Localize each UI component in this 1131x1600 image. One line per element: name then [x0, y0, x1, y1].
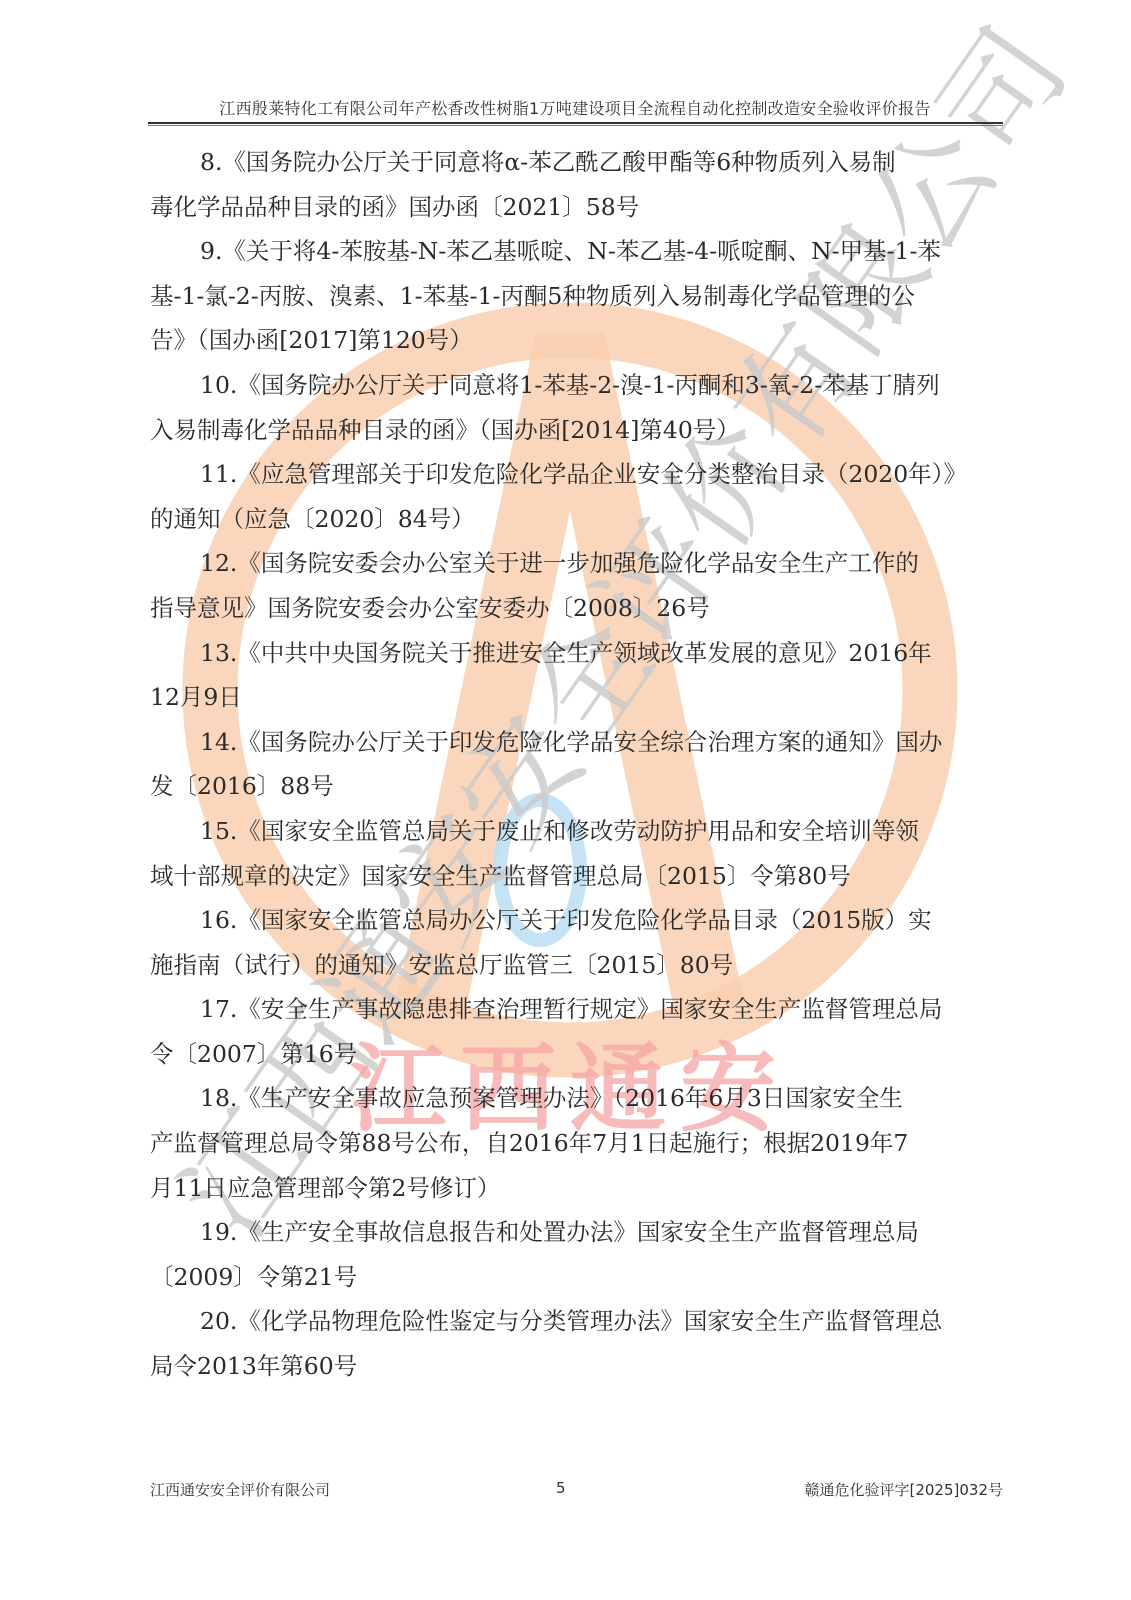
- document-page: 江西通安安全评价有限公司 江西通安 江西殷莱特化工有限公司年产松香改性树脂1万吨…: [0, 0, 1131, 1600]
- report-header-title: 江西殷莱特化工有限公司年产松香改性树脂1万吨建设项目全流程自动化控制改造安全验收…: [148, 96, 1002, 119]
- list-item: 19.《生产安全事故信息报告和处置办法》国家安全生产监督管理总局 〔2009〕令…: [150, 1210, 1002, 1299]
- regulations-list: 8.《国务院办公厅关于同意将α-苯乙酰乙酸甲酯等6种物质列入易制 毒化学品品种目…: [150, 140, 1002, 1389]
- list-item: 20.《化学品物理危险性鉴定与分类管理办法》国家安全生产监督管理总 局令2013…: [150, 1299, 1002, 1388]
- list-item: 13.《中共中央国务院关于推进安全生产领域改革发展的意见》2016年 12月9日: [150, 631, 1002, 720]
- list-item: 10.《国务院办公厅关于同意将1-苯基-2-溴-1-丙酮和3-氧-2-苯基丁腈列…: [150, 363, 1002, 452]
- list-item: 12.《国务院安委会办公室关于进一步加强危险化学品安全生产工作的 指导意见》国务…: [150, 541, 1002, 630]
- list-item: 14.《国务院办公厅关于印发危险化学品安全综合治理方案的通知》国办 发〔2016…: [150, 720, 1002, 809]
- list-item: 18.《生产安全事故应急预案管理办法》（2016年6月3日国家安全生 产监督管理…: [150, 1076, 1002, 1210]
- footer-company: 江西通安安全评价有限公司: [150, 1479, 330, 1500]
- list-item: 9.《关于将4-苯胺基-N-苯乙基哌啶、N-苯乙基-4-哌啶酮、N-甲基-1-苯…: [150, 229, 1002, 363]
- list-item: 8.《国务院办公厅关于同意将α-苯乙酰乙酸甲酯等6种物质列入易制 毒化学品品种目…: [150, 140, 1002, 229]
- list-item: 16.《国家安全监管总局办公厅关于印发危险化学品目录（2015版）实 施指南（试…: [150, 898, 1002, 987]
- header-divider: [148, 122, 1003, 124]
- page-number: 5: [556, 1479, 566, 1497]
- list-item: 11.《应急管理部关于印发危险化学品企业安全分类整治目录（2020年）》 的通知…: [150, 452, 1002, 541]
- list-item: 17.《安全生产事故隐患排查治理暂行规定》国家安全生产监督管理总局 令〔2007…: [150, 987, 1002, 1076]
- document-number: 赣通危化验评字[2025]032号: [804, 1479, 1003, 1500]
- list-item: 15.《国家安全监管总局关于废止和修改劳动防护用品和安全培训等领 域十部规章的决…: [150, 809, 1002, 898]
- header-divider-thin: [148, 125, 1003, 126]
